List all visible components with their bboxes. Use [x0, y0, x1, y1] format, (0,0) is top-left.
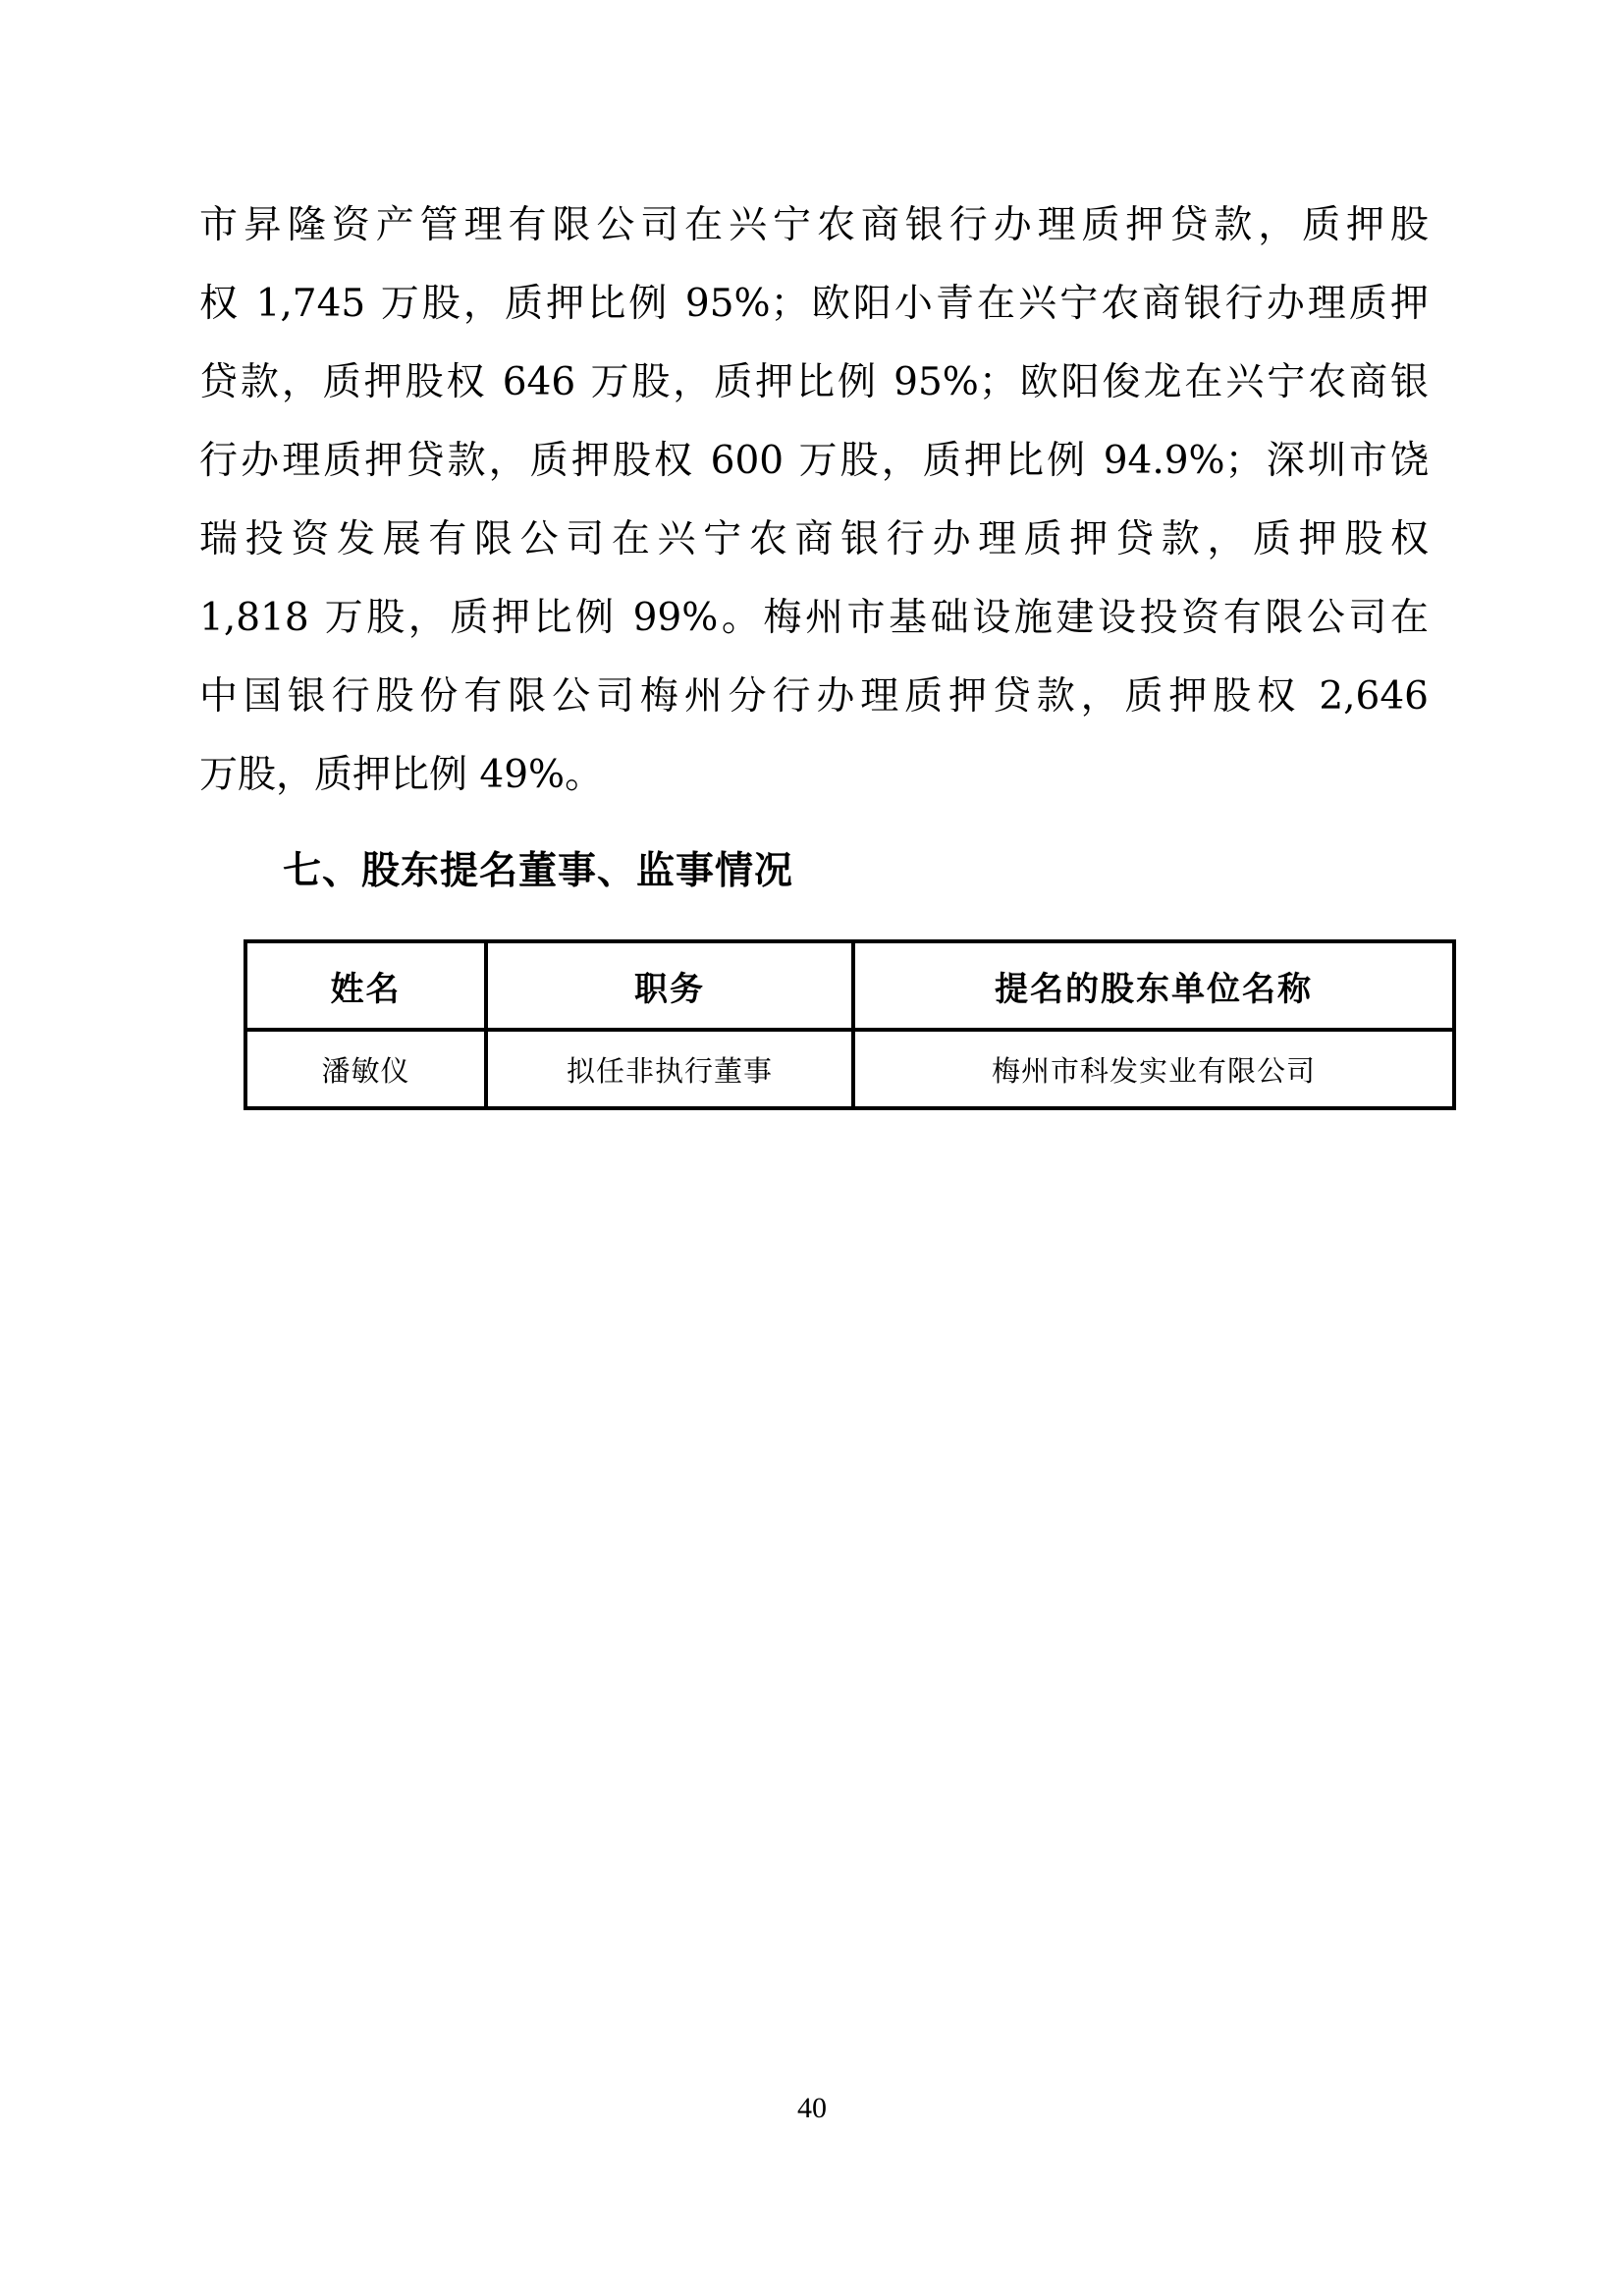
column-header-name: 姓名 — [245, 941, 486, 1030]
paragraph-line: 万股，质押比例 49%。 — [199, 751, 1429, 829]
paragraph-line: 市昇隆资产管理有限公司在兴宁农商银行办理质押贷款，质押股 — [199, 201, 1429, 280]
table-header-row: 姓名 职务 提名的股东单位名称 — [245, 941, 1454, 1030]
paragraph-line: 瑞投资发展有限公司在兴宁农商银行办理质押贷款，质押股权 — [199, 515, 1429, 594]
cell-nominating-shareholder: 梅州市科发实业有限公司 — [853, 1030, 1454, 1108]
section-heading: 七、股东提名董事、监事情况 — [283, 846, 793, 897]
column-header-nominating-shareholder: 提名的股东单位名称 — [853, 941, 1454, 1030]
paragraph-line: 贷款，质押股权 646 万股，质押比例 95%；欧阳俊龙在兴宁农商银 — [199, 358, 1429, 437]
paragraph-line: 行办理质押贷款，质押股权 600 万股，质押比例 94.9%；深圳市饶 — [199, 437, 1429, 515]
paragraph-line: 中国银行股份有限公司梅州分行办理质押贷款，质押股权 2,646 — [199, 672, 1429, 751]
document-page: 市昇隆资产管理有限公司在兴宁农商银行办理质押贷款，质押股 权 1,745 万股，… — [0, 0, 1624, 2296]
table-row: 潘敏仪 拟任非执行董事 梅州市科发实业有限公司 — [245, 1030, 1454, 1108]
pledge-disclosure-paragraph: 市昇隆资产管理有限公司在兴宁农商银行办理质押贷款，质押股 权 1,745 万股，… — [199, 201, 1429, 829]
cell-name: 潘敏仪 — [245, 1030, 486, 1108]
paragraph-line: 权 1,745 万股，质押比例 95%；欧阳小青在兴宁农商银行办理质押 — [199, 280, 1429, 358]
nominee-table: 姓名 职务 提名的股东单位名称 潘敏仪 拟任非执行董事 梅州市科发实业有限公司 — [244, 939, 1456, 1110]
column-header-position: 职务 — [486, 941, 853, 1030]
paragraph-line: 1,818 万股，质押比例 99%。梅州市基础设施建设投资有限公司在 — [199, 594, 1429, 672]
cell-position: 拟任非执行董事 — [486, 1030, 853, 1108]
page-number: 40 — [0, 2089, 1624, 2128]
